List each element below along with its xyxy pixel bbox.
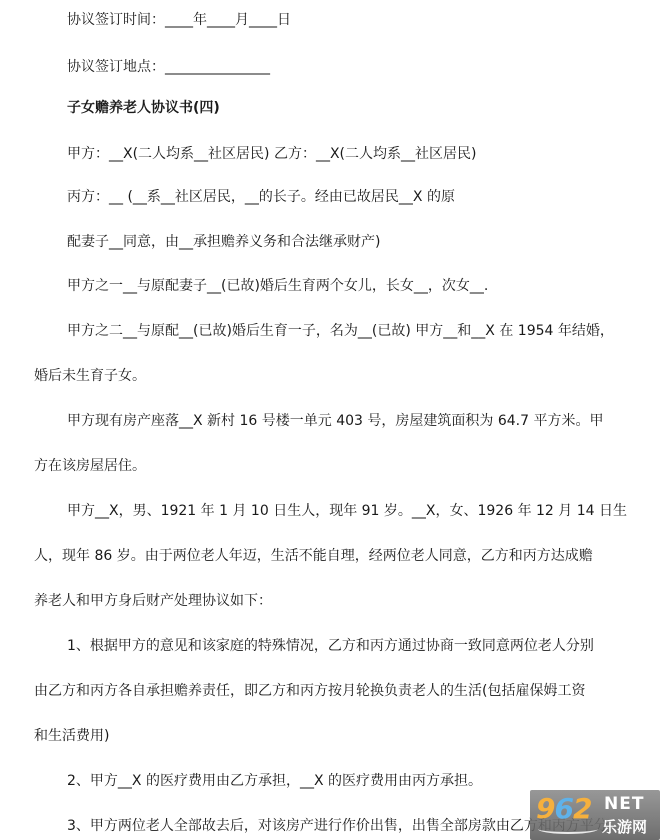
clause-1-line1: 1、根据甲方的意见和该家庭的特殊情况，乙方和丙方通过协商一致同意两位老人分别 — [67, 636, 594, 656]
paragraph-2-line1: 甲方之二__与原配__(已故)婚后生育一子，名为__(已故) 甲方__和__X … — [67, 321, 614, 341]
watermark-number: 962 — [536, 792, 591, 825]
signing-place: 协议签订地点：_______________ — [67, 57, 270, 77]
watermark-logo: 962 NET 乐游网 — [530, 790, 660, 840]
clause-1-line2: 由乙方和丙方各自承担赡养责任，即乙方和丙方按月轮换负责老人的生活(包括雇保姆工资 — [34, 681, 585, 701]
watermark-cn: 乐游网 — [602, 816, 647, 837]
paragraph-1: 甲方之一__与原配妻子__(已故)婚后生育两个女儿，长女__，次女__. — [67, 276, 488, 296]
party-c-line1: 丙方：__ (__系__社区居民，__的长子。经由已故居民__X 的原 — [67, 187, 455, 207]
paragraph-4-line1: 甲方__X，男、1921 年 1 月 10 日生人，现年 91 岁。__X，女、… — [67, 501, 627, 521]
party-a-b: 甲方：__X(二人均系__社区居民) 乙方：__X(二人均系__社区居民) — [67, 144, 476, 164]
signing-time: 协议签订时间：____年____月____日 — [67, 10, 291, 30]
paragraph-2-line2: 婚后未生育子女。 — [34, 366, 146, 386]
watermark-swoosh-icon — [538, 824, 598, 834]
party-c-line2: 配妻子__同意，由__承担赡养义务和合法继承财产) — [67, 232, 380, 252]
paragraph-3-line2: 方在该房屋居住。 — [34, 456, 146, 476]
paragraph-3-line1: 甲方现有房产座落__X 新村 16 号楼一单元 403 号，房屋建筑面积为 64… — [67, 411, 603, 431]
document-title: 子女赡养老人协议书(四) — [67, 98, 220, 118]
clause-1-line3: 和生活费用) — [34, 726, 109, 746]
watermark-net: NET — [604, 794, 644, 814]
clause-2: 2、甲方__X 的医疗费用由乙方承担，__X 的医疗费用由丙方承担。 — [67, 771, 482, 791]
clause-3-partial: 3、甲方两位老人全部故去后，对该房产进行作价出售，出售全部房款由乙方和丙方平分 — [67, 816, 608, 836]
paragraph-4-line3: 养老人和甲方身后财产处理协议如下： — [34, 591, 272, 611]
document-page: 协议签订时间：____年____月____日 协议签订地点：__________… — [0, 0, 660, 840]
paragraph-4-line2: 人，现年 86 岁。由于两位老人年迈，生活不能自理，经两位老人同意，乙方和丙方达… — [34, 546, 593, 566]
